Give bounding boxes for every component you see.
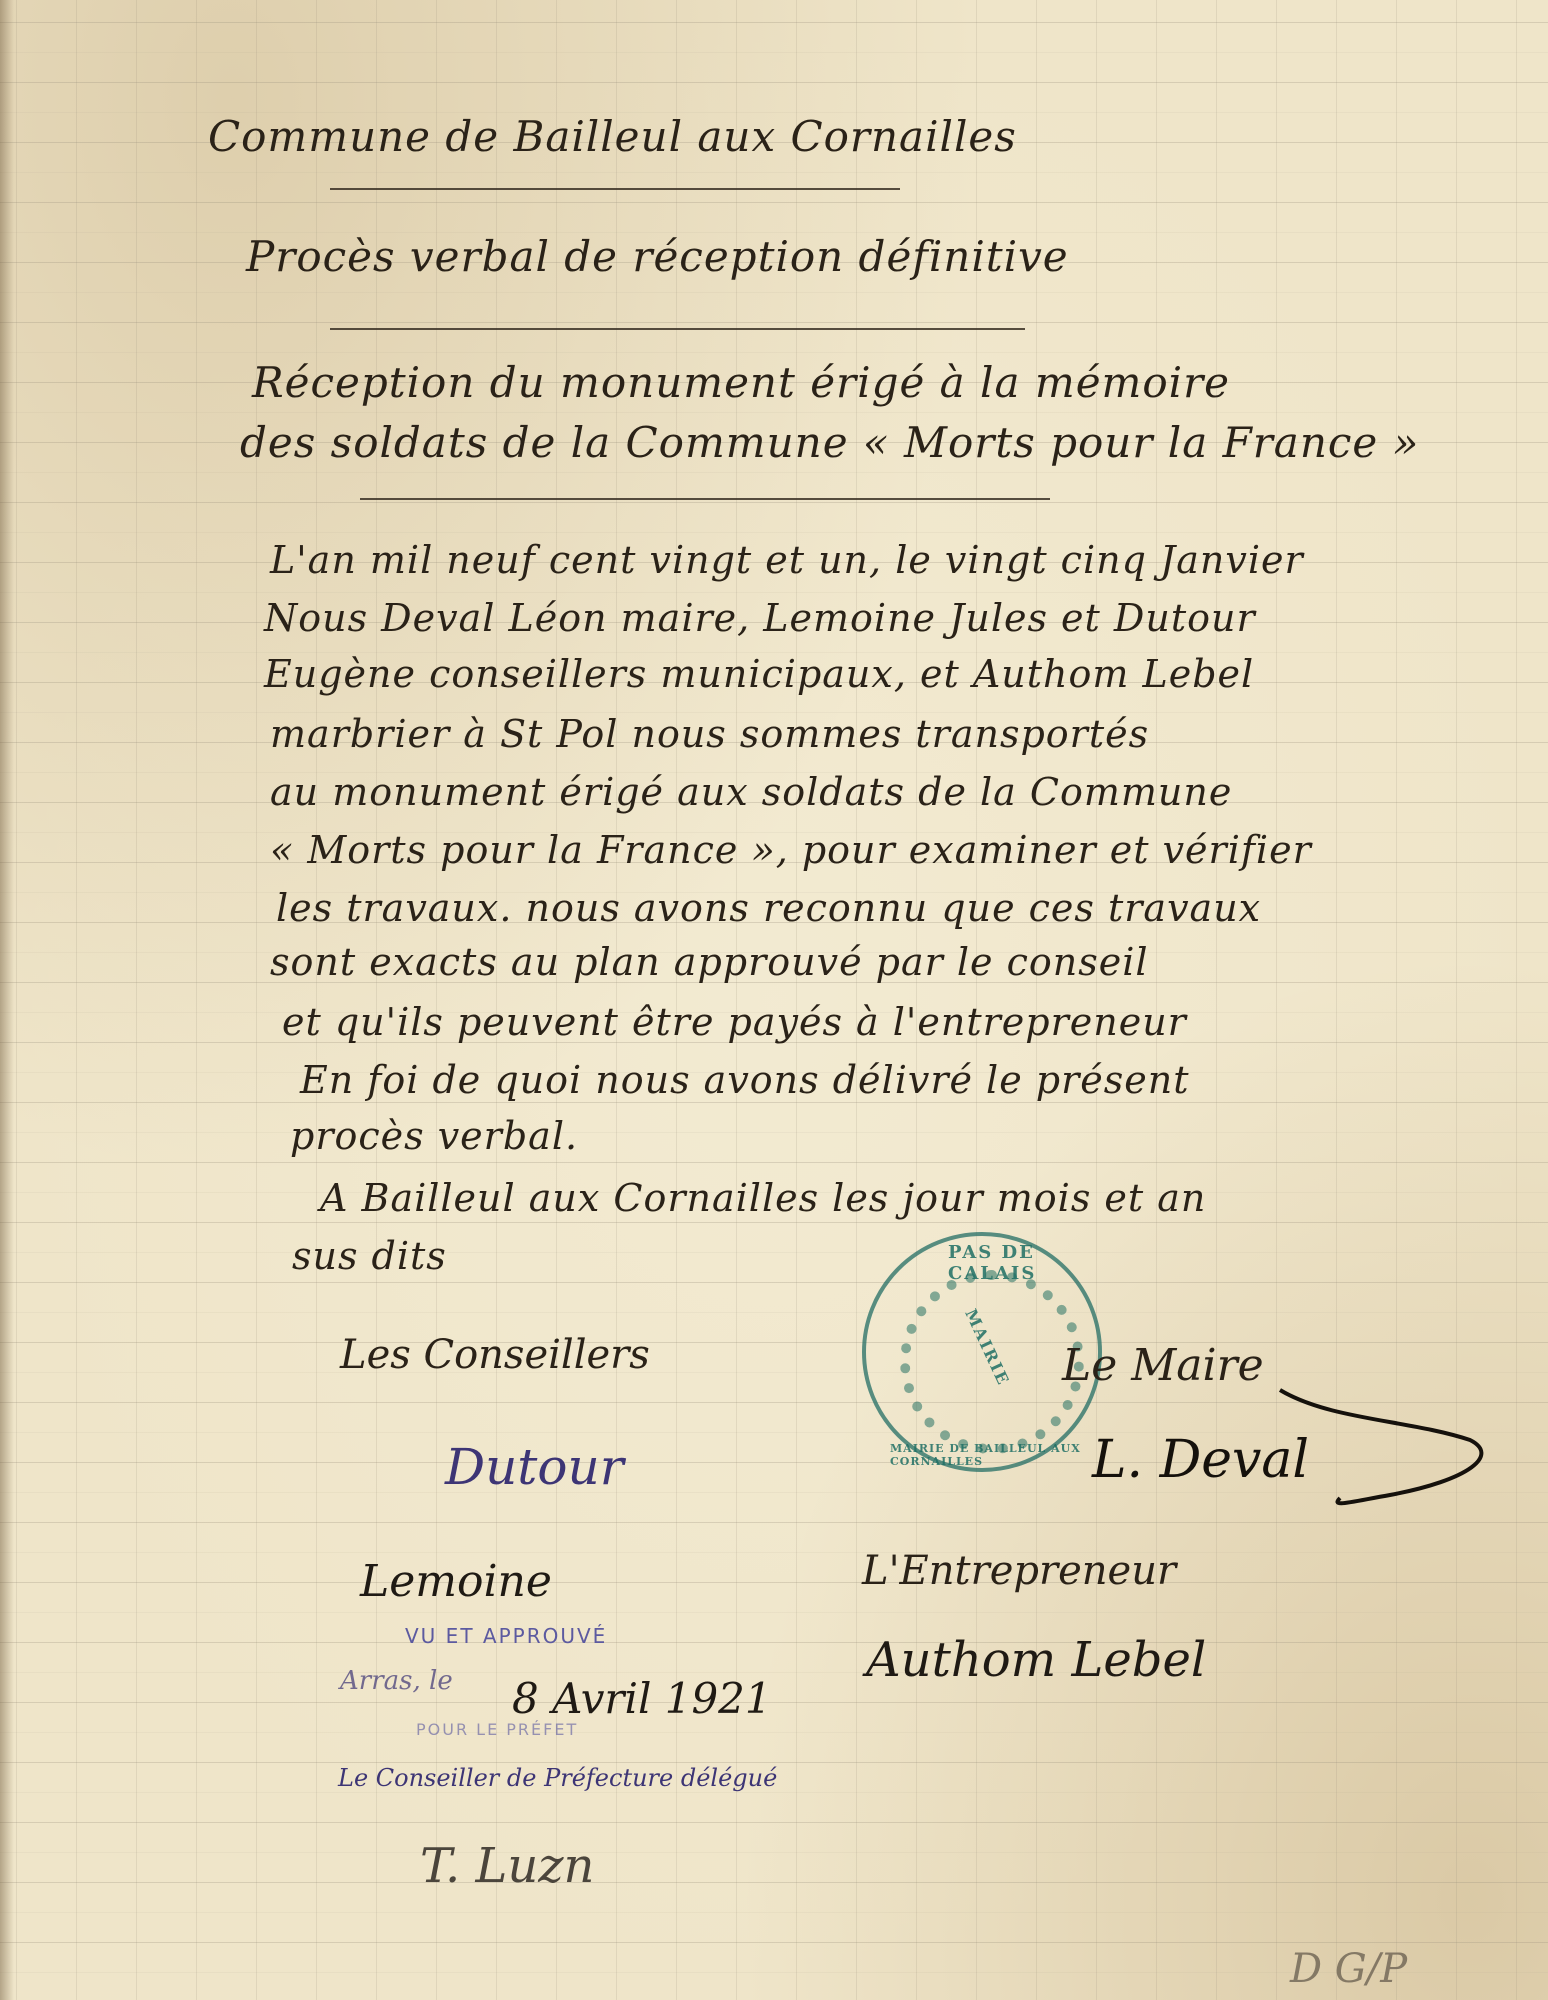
body-line: Nous Deval Léon maire, Lemoine Jules et … [264, 596, 1256, 640]
body-line: marbrier à St Pol nous sommes transporté… [270, 712, 1149, 756]
mayor-label: Le Maire [1062, 1340, 1264, 1391]
body-line: A Bailleul aux Cornailles les jour mois … [320, 1176, 1206, 1220]
body-line: L'an mil neuf cent vingt et un, le vingt… [270, 538, 1304, 582]
subject-underline [360, 498, 1050, 500]
document-type-heading: Procès verbal de réception définitive [246, 232, 1069, 281]
contractor-label: L'Entrepreneur [862, 1548, 1176, 1594]
body-line: au monument érigé aux soldats de la Comm… [270, 770, 1232, 814]
mayor-signature-flourish [1270, 1380, 1500, 1510]
body-line: sont exacts au plan approuvé par le cons… [270, 940, 1149, 984]
approval-signature: T. Luzn [420, 1838, 594, 1894]
approval-stamp-heading: VU ET APPROUVÉ [405, 1624, 607, 1648]
title-underline [330, 188, 900, 190]
body-line: En foi de quoi nous avons délivré le pré… [300, 1058, 1189, 1102]
subject-line-1: Réception du monument érigé à la mémoire [252, 358, 1230, 407]
seal-top-text: PAS DE CALAIS [948, 1242, 1098, 1284]
page-edge-shadow [0, 0, 14, 2000]
body-line: Eugène conseillers municipaux, et Authom… [264, 652, 1254, 696]
approval-place-prefix: Arras, le [340, 1666, 453, 1696]
body-line: et qu'ils peuvent être payés à l'entrepr… [282, 1000, 1187, 1044]
approval-delegate-line: Le Conseiller de Préfecture délégué [338, 1764, 777, 1792]
seal-side-text: MAIRIE DE BAILLEUL AUX CORNAILLES [890, 1442, 1098, 1468]
body-line: sus dits [292, 1234, 447, 1278]
approval-prefect-line: POUR LE PRÉFET [416, 1720, 578, 1739]
commune-title: Commune de Bailleul aux Cornailles [208, 112, 1017, 161]
approval-date: 8 Avril 1921 [512, 1674, 772, 1723]
heading-underline [330, 328, 1025, 330]
councillor-signature-lemoine: Lemoine [360, 1556, 552, 1607]
body-line: les travaux. nous avons reconnu que ces … [276, 886, 1261, 930]
councillor-signature-dutour: Dutour [445, 1438, 624, 1496]
subject-line-2: des soldats de la Commune « Morts pour l… [240, 418, 1419, 467]
contractor-signature: Authom Lebel [866, 1632, 1206, 1688]
archive-mark: D G/P [1290, 1946, 1407, 1992]
body-line: procès verbal. [290, 1114, 578, 1158]
councillors-label: Les Conseillers [340, 1332, 650, 1378]
body-line: « Morts pour la France », pour examiner … [270, 828, 1312, 872]
